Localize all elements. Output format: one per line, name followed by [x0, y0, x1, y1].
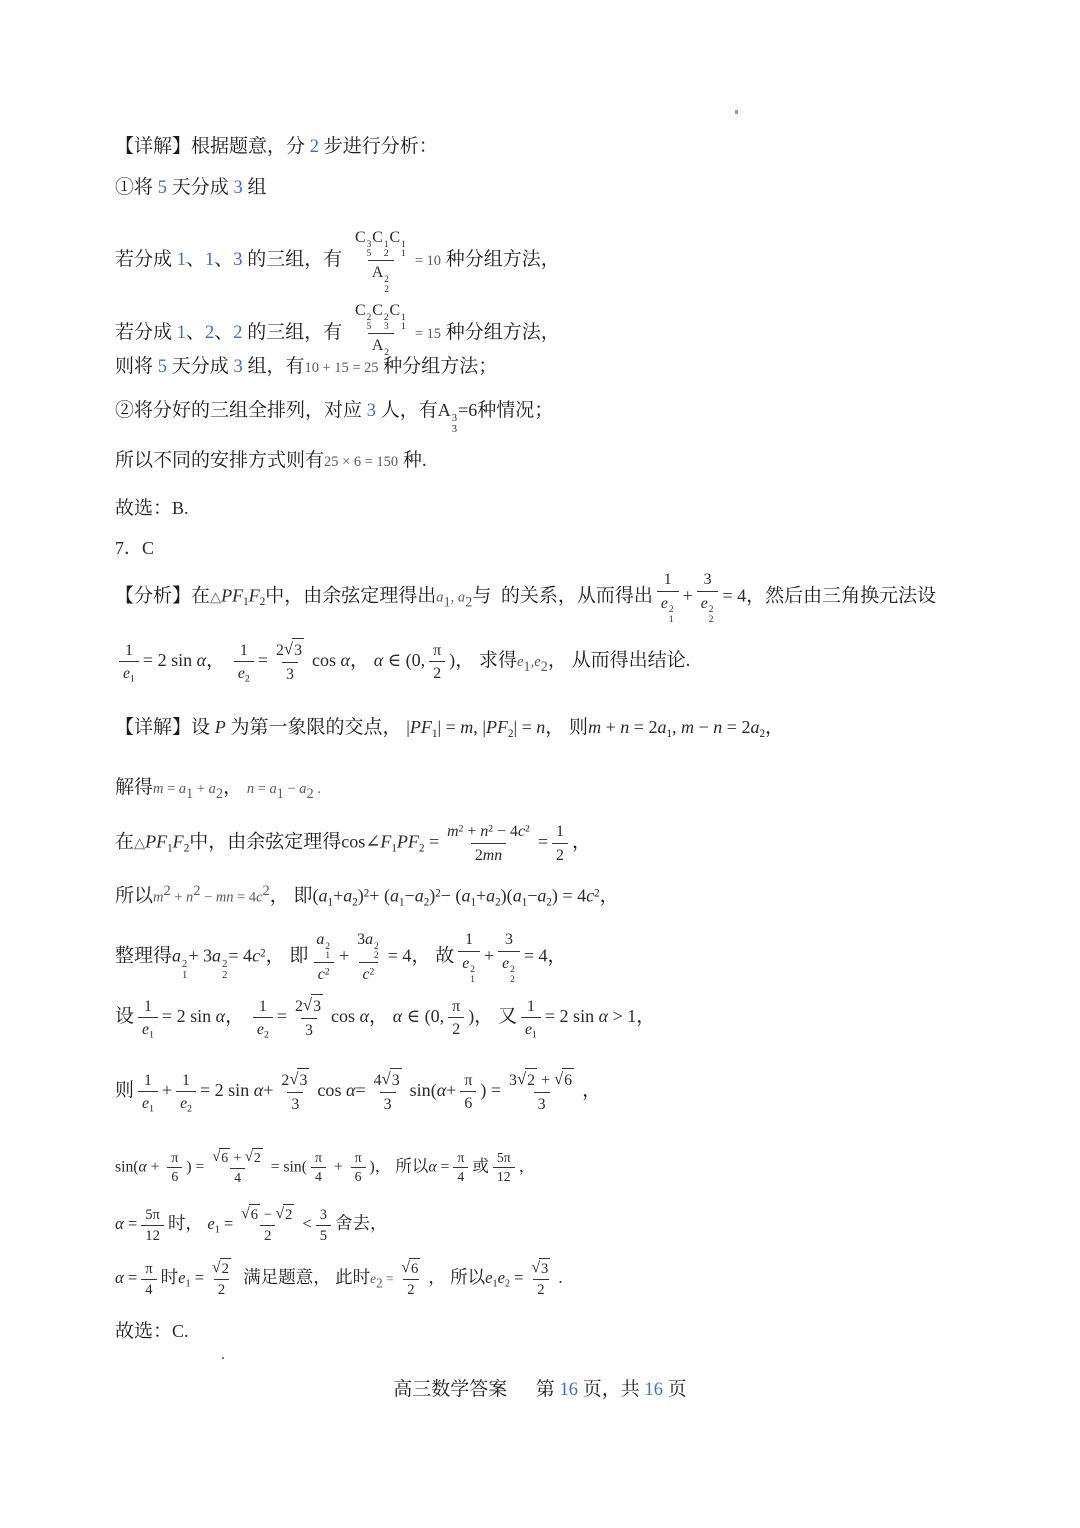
math-var: PF — [486, 717, 508, 737]
sub-sup-stack: 11 — [401, 314, 406, 334]
sub-sup-stack: 22 — [709, 606, 714, 626]
fraction: π2 — [448, 995, 464, 1041]
fraction: 4√33 — [370, 1068, 406, 1115]
math-var: c — [318, 966, 325, 983]
square-root: √6 — [402, 1260, 421, 1277]
math-run: = — [510, 1268, 524, 1287]
fraction: 1e2 — [253, 995, 273, 1041]
scan-speck — [222, 1357, 224, 1359]
math-run: = — [124, 1214, 138, 1233]
fraction: 1e21 — [657, 568, 679, 626]
text-run: 舍去， — [335, 1213, 388, 1233]
math-run: + — [484, 945, 494, 965]
detail-intro-line: 【详解】根据题意，分 2 步进行分析： — [115, 135, 438, 159]
fraction: √32 — [528, 1258, 555, 1300]
math-var: a — [750, 717, 759, 737]
square-root: √3 — [382, 1070, 402, 1089]
fraction: C35C12C11A22 — [351, 226, 411, 296]
math-var: a — [319, 885, 328, 905]
text-run: ， — [600, 885, 619, 906]
sub-sup-stack: 12 — [384, 241, 389, 261]
subscript: 1 — [149, 1030, 154, 1041]
math-var: PF — [410, 717, 432, 737]
subscript: 1 — [149, 1104, 154, 1115]
math-var: F — [173, 832, 184, 852]
math-run: + — [193, 781, 208, 797]
math-var: e — [238, 665, 245, 682]
math-run: 2 — [276, 642, 284, 659]
text-run: 为第一象限的交点， — [226, 717, 407, 738]
math-run: = — [191, 1268, 205, 1287]
number: 3 — [234, 356, 243, 376]
math-run: 25 × 6 = 150 — [324, 454, 398, 470]
math-run: + — [601, 717, 620, 737]
math-run: + — [446, 1080, 456, 1100]
text-run: 、 — [214, 249, 233, 270]
subscript: 2 — [264, 1030, 269, 1041]
text-run: 时， — [168, 1213, 207, 1233]
math-run: 3 — [538, 1096, 546, 1113]
fraction: √62 — [398, 1258, 425, 1300]
math-run: C. — [172, 1321, 189, 1341]
math-var: mn — [216, 889, 234, 905]
math-run: 1 — [556, 823, 564, 840]
math-var: α — [254, 1080, 263, 1100]
sub-sup-stack: 22 — [384, 276, 389, 296]
math-run: 3 — [305, 1022, 313, 1039]
math-var: F — [249, 585, 260, 605]
math-run: 2 — [222, 1261, 229, 1277]
analysis-line: 【分析】在△PF1F2中，由余弦定理得出a1, a2与 的关系，从而得出1e21… — [115, 568, 936, 626]
text-run: 、 — [186, 249, 205, 270]
math-var: α — [428, 1159, 436, 1176]
math-run: = — [258, 650, 268, 670]
math-run: = 4 — [388, 945, 412, 965]
math-run: C — [390, 229, 401, 246]
math-run: = 4 — [722, 585, 746, 605]
sub-sup-stack: 33 — [452, 413, 457, 435]
number: 1 — [205, 249, 214, 269]
math-run: − — [405, 885, 415, 905]
superscript: 2 — [325, 967, 330, 978]
math-run: 6 — [464, 1095, 472, 1112]
math-var: n — [620, 717, 629, 737]
math-run: = — [538, 832, 548, 852]
math-var: e — [123, 665, 130, 682]
math-run: 1 — [259, 998, 267, 1015]
math-run: cos — [331, 1006, 360, 1026]
text-run: ， — [206, 650, 230, 671]
math-run: ) = — [480, 1080, 501, 1100]
math-run: 3 — [286, 666, 294, 683]
math-var: PF — [397, 832, 419, 852]
fraction: 5π12 — [141, 1205, 164, 1246]
math-run: | = — [437, 717, 460, 737]
math-run: 1 — [144, 998, 152, 1015]
math-var: α — [197, 650, 206, 670]
fraction: 2√33 — [291, 994, 327, 1041]
math-run: 4 — [457, 1169, 464, 1184]
math-var: α — [599, 1006, 608, 1026]
math-run: = 2 — [629, 717, 657, 737]
square-root: √2 — [245, 1150, 263, 1166]
fraction: π4 — [311, 1149, 326, 1188]
math-run: + — [263, 1080, 273, 1100]
square-root: √6 — [554, 1070, 574, 1089]
math-run: 3 — [505, 931, 513, 948]
math-var: a — [658, 717, 667, 737]
math-run: . — [314, 781, 321, 797]
subscript: 1 — [443, 594, 450, 610]
number: 5 — [158, 356, 167, 376]
text-run: ， 即 — [270, 885, 313, 906]
math-run: 3 — [357, 931, 365, 948]
math-run: C — [372, 229, 383, 246]
math-var: P — [215, 717, 226, 737]
step1-line: ①将 5 天分成 3 组 — [115, 176, 266, 200]
text-run: 或 — [472, 1157, 489, 1176]
math-var: e — [178, 1268, 185, 1287]
math-var: e — [701, 595, 708, 612]
subscript: 2 — [541, 659, 548, 675]
text-run: 的三组，有 — [242, 249, 347, 270]
math-var: n — [247, 781, 254, 797]
superscript: 2 — [525, 824, 530, 835]
math-run: △ — [134, 836, 145, 852]
fraction: π6 — [167, 1149, 182, 1188]
math-run: − — [694, 717, 713, 737]
text-run: 所以不同的安排方式则有 — [115, 450, 324, 471]
math-run: π — [464, 1072, 472, 1089]
math-run: = 2 sin — [143, 650, 197, 670]
text-run: ， 又 — [474, 1006, 517, 1027]
math-run: 4 — [145, 1282, 152, 1298]
math-run: 3 — [313, 998, 321, 1015]
superscript: 2 — [263, 883, 270, 899]
text-run: ，然后由三角换元法设 — [746, 585, 936, 606]
math-run: 2 — [475, 847, 483, 864]
math-var: PF — [221, 585, 243, 605]
text-run: ， — [572, 832, 591, 853]
math-run: 2 — [537, 1282, 544, 1298]
math-var: mn — [483, 847, 502, 864]
math-var: m — [153, 889, 163, 905]
sub-sup-stack: 21 — [325, 943, 330, 963]
math-var: α — [216, 1006, 225, 1026]
text-run: 页 — [663, 1379, 687, 1400]
fraction: π4 — [141, 1259, 156, 1300]
math-run: =6 — [458, 400, 477, 420]
math-var: e — [142, 1021, 149, 1038]
text-run: 【分析】在 — [115, 585, 210, 606]
math-run: = 4 — [228, 945, 252, 965]
text-run: ， — [350, 650, 374, 671]
math-var: c — [252, 945, 260, 965]
math-var: n — [536, 717, 545, 737]
fraction: 2√33 — [272, 638, 308, 685]
math-run: π — [145, 1261, 152, 1277]
text-run: 高三数学答案 第 — [393, 1379, 559, 1400]
math-var: a — [458, 589, 465, 605]
math-var: m — [447, 823, 458, 840]
math-run: 1 — [182, 1072, 190, 1089]
math-run: cos — [312, 650, 341, 670]
math-var: a — [486, 885, 495, 905]
math-var: a — [343, 885, 352, 905]
math-run: + — [537, 1072, 554, 1089]
text-run: 中，由余弦定理得出 — [265, 585, 436, 606]
math-run: 6 — [564, 1072, 572, 1089]
text-run: 故选： — [115, 498, 172, 519]
math-var: a — [513, 885, 522, 905]
math-run: 3 — [384, 1096, 392, 1113]
sub-sup-stack: 22 — [374, 943, 379, 963]
text-run: 则 — [115, 1080, 134, 1101]
math-run: 3 — [392, 1072, 400, 1089]
math-run: 2 — [254, 1150, 261, 1165]
math-run: = — [124, 1268, 138, 1287]
math-run: 1 — [144, 1072, 152, 1089]
question7-answer-line: 7．C — [115, 537, 154, 561]
fraction: 1e1 — [138, 995, 158, 1041]
square-root: √2 — [517, 1070, 537, 1089]
text-run: 人，有 — [376, 400, 438, 421]
fraction: a21c2 — [312, 928, 335, 986]
math-var: e — [207, 1214, 214, 1233]
sub-sup-stack: 11 — [401, 241, 406, 261]
math-var: a — [209, 781, 216, 797]
math-run: sin( — [410, 1080, 437, 1100]
text-run: 满足题意， 此时 — [239, 1267, 370, 1287]
math-run: 6 — [251, 1207, 258, 1223]
cosine-rule-line: 在△PF1F2中，由余弦定理得cos∠F1PF2 =m2 + n2 − 4c22… — [115, 820, 591, 866]
sub-sup-stack: 22 — [222, 959, 227, 981]
math-run: + — [171, 889, 186, 905]
math-run: 12 — [145, 1228, 160, 1244]
number: 3 — [234, 177, 243, 197]
page-footer: 高三数学答案 第 16 页，共 16 页 — [0, 1374, 1080, 1401]
math-run: C — [355, 229, 366, 246]
text-run: ， — [582, 1080, 601, 1101]
math-run: π — [433, 642, 441, 659]
superscript: 2 — [163, 883, 170, 899]
math-run: = 2 — [722, 717, 750, 737]
subscript: 1 — [523, 659, 530, 675]
math-var: c — [586, 885, 594, 905]
text-run: ， — [519, 1157, 536, 1176]
math-run: cos — [317, 1080, 346, 1100]
math-var: c — [518, 823, 525, 840]
trig-substitution-line: 设1e1= 2 sin α， 1e2=2√33cos α， α ∈ (0,π2)… — [115, 994, 655, 1041]
math-run: 3 — [294, 642, 302, 659]
math-run: ∈ (0, — [383, 650, 425, 670]
math-run: , | — [473, 717, 486, 737]
text-run: ， 故 — [411, 945, 454, 966]
math-run: 2 — [264, 1228, 271, 1244]
math-var: a — [212, 945, 221, 965]
math-run: 7．C — [115, 538, 154, 558]
math-run: sin( — [115, 1159, 138, 1176]
text-run: 种. — [398, 450, 427, 471]
square-root: √2 — [276, 1206, 295, 1223]
text-run: 【详解】根据题意，分 — [115, 136, 310, 157]
math-run: 2 — [452, 1021, 460, 1038]
fraction: 5π12 — [493, 1149, 515, 1188]
math-run: cos∠ — [341, 832, 380, 852]
math-run: + — [330, 1159, 347, 1176]
text-run: ， — [225, 1006, 249, 1027]
math-run: 1 — [465, 931, 473, 948]
fraction: √6 − √22 — [237, 1204, 298, 1246]
square-root: √3 — [284, 640, 304, 659]
math-var: α — [341, 650, 350, 670]
text-run: 种分组方法； — [379, 356, 498, 377]
subscript: 2 — [245, 674, 250, 685]
math-var: m — [681, 717, 694, 737]
math-var: α — [374, 650, 383, 670]
text-run: 若分成 — [115, 322, 177, 343]
math-var: e — [502, 955, 509, 972]
math-run: = 10 — [415, 253, 441, 269]
math-run: + — [339, 945, 349, 965]
math-run: − — [284, 781, 299, 797]
fraction: 35 — [316, 1205, 331, 1246]
math-run: C — [372, 302, 383, 319]
math-run: 10 + 15 = 25 — [304, 360, 378, 376]
math-run: A — [372, 264, 383, 281]
math-run: 3 — [320, 1207, 327, 1223]
text-run: 步进行分析： — [319, 136, 438, 157]
math-run: − — [200, 889, 215, 905]
fraction: √22 — [208, 1258, 235, 1300]
subscript: 2 — [216, 786, 223, 802]
math-run: 6 — [411, 1261, 418, 1277]
text-run: 所以 — [115, 885, 153, 906]
math-run: − — [527, 885, 537, 905]
number: 1 — [177, 249, 186, 269]
math-run: 1 — [125, 642, 133, 659]
total-arrangements-line: 所以不同的安排方式则有25 × 6 = 150 种. — [115, 449, 427, 473]
text-run: ， 从而得出结论. — [548, 650, 691, 671]
math-run: 1 — [527, 998, 535, 1015]
math-run: 6 — [355, 1169, 362, 1184]
text-run: 种分组方法， — [441, 249, 560, 270]
text-run: 组，有 — [243, 356, 305, 377]
math-run: 3 — [509, 1072, 517, 1089]
text-run: 、 — [214, 322, 233, 343]
math-var: a — [316, 931, 324, 948]
math-var: e — [142, 1095, 149, 1112]
math-run: ∈ (0, — [402, 1006, 444, 1026]
alpha-5pi12-line: α =5π12时， e1 =√6 − √22<35舍去， — [115, 1204, 388, 1246]
case-113-line: 若分成 1、1、3 的三组，有 C35C12C11A22= 10 种分组方法， — [115, 226, 560, 296]
math-var: e — [485, 1268, 492, 1287]
fraction: 1e1 — [521, 995, 541, 1041]
sub-sup-stack: 21 — [470, 966, 475, 986]
math-run: − ( — [441, 885, 462, 905]
text-run: 的三组，有 — [242, 322, 347, 343]
math-var: α — [437, 1080, 446, 1100]
math-run: 3 — [299, 1072, 307, 1089]
square-root: √3 — [303, 996, 323, 1015]
number: 2 — [205, 322, 214, 342]
math-var: n — [713, 717, 722, 737]
math-run: 2 — [527, 1072, 535, 1089]
math-run: 3 — [704, 571, 712, 588]
text-run: ， — [765, 717, 784, 738]
math-run: , — [672, 717, 681, 737]
math-run: + — [162, 1080, 172, 1100]
math-run: | = — [513, 717, 536, 737]
square-root: √6 — [241, 1206, 260, 1223]
text-run: ①将 — [115, 177, 158, 198]
math-var: e — [462, 955, 469, 972]
math-run: = 2 sin — [162, 1006, 216, 1026]
math-var: e — [257, 1021, 264, 1038]
math-run: = 4 — [234, 889, 257, 905]
text-run: ， — [636, 1006, 655, 1027]
text-run: 种分组方法， — [441, 322, 560, 343]
text-run: 种情况； — [477, 400, 553, 421]
math-run: = — [163, 781, 178, 797]
math-run: 4 — [234, 1170, 241, 1185]
detail-setup-line: 【详解】设 P 为第一象限的交点， |PF1| = m, |PF2| = n， … — [115, 716, 784, 740]
fraction: 12 — [552, 820, 568, 866]
fraction: 3a22c2 — [353, 928, 384, 986]
math-run: C — [355, 302, 366, 319]
math-run: ) = 4 — [552, 885, 586, 905]
fraction: 3√2 + √63 — [505, 1068, 578, 1115]
math-var: m — [588, 717, 601, 737]
math-run: . — [558, 1268, 562, 1287]
fraction: 3e22 — [697, 568, 719, 626]
math-run: − — [260, 1207, 276, 1223]
math-run: + 3 — [188, 945, 212, 965]
math-run: = 2 sin — [545, 1006, 599, 1026]
fraction: π2 — [429, 639, 445, 685]
math-var: a — [365, 931, 373, 948]
math-run: < — [302, 1214, 311, 1233]
math-var: m — [153, 781, 163, 797]
math-run: = — [355, 1080, 365, 1100]
math-var: a — [415, 885, 424, 905]
text-run: ， — [548, 945, 567, 966]
fraction: 1e21 — [458, 928, 480, 986]
text-run: 时 — [161, 1267, 179, 1287]
math-run: = sin( — [271, 1159, 307, 1176]
math-run: ) = — [186, 1159, 204, 1176]
math-run: △ — [210, 589, 221, 605]
subscript: 2 — [187, 1104, 192, 1115]
text-run: ， 则 — [545, 717, 588, 738]
math-run: A — [372, 337, 383, 354]
number: 2 — [310, 136, 319, 156]
number: 3 — [367, 400, 376, 420]
math-var: c — [363, 966, 370, 983]
text-run: ， 即 — [266, 945, 309, 966]
math-run: π — [355, 1150, 362, 1165]
math-run: 2 — [433, 665, 441, 682]
math-var: PF — [145, 832, 167, 852]
text-run: 故选： — [115, 1321, 172, 1342]
math-var: F — [380, 832, 391, 852]
math-run: )( — [501, 885, 513, 905]
fraction: 3e22 — [498, 928, 520, 986]
math-run: = 2 sin — [200, 1080, 254, 1100]
math-run: 3 — [541, 1261, 548, 1277]
math-var: m — [460, 717, 473, 737]
math-run: 4 — [315, 1169, 322, 1184]
